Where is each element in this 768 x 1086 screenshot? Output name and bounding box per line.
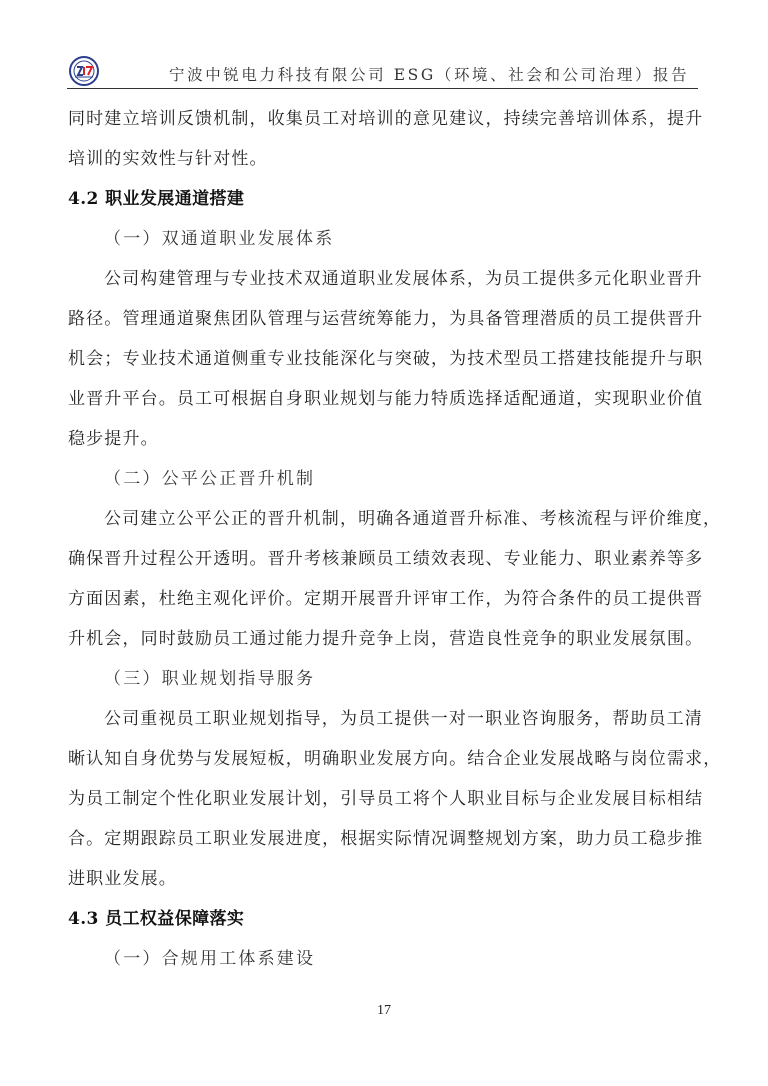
section-heading-4-3: 4.3 员工权益保障落实 bbox=[68, 899, 698, 939]
subsection-title: （一）双通道职业发展体系 bbox=[68, 219, 698, 259]
paragraph-line: 合。定期跟踪员工职业发展进度，根据实际情况调整规划方案，助力员工稳步推 bbox=[68, 819, 698, 859]
paragraph-line: 确保晋升过程公开透明。晋升考核兼顾员工绩效表现、专业能力、职业素养等多 bbox=[68, 539, 698, 579]
paragraph-line: 晰认知自身优势与发展短板，明确职业发展方向。结合企业发展战略与岗位需求， bbox=[68, 739, 698, 779]
paragraph-line: 公司建立公平公正的晋升机制，明确各通道晋升标准、考核流程与评价维度， bbox=[68, 499, 698, 539]
subsection-title: （三）职业规划指导服务 bbox=[68, 659, 698, 699]
paragraph-line: 稳步提升。 bbox=[68, 419, 698, 459]
paragraph-line: 公司构建管理与专业技术双通道职业发展体系，为员工提供多元化职业晋升 bbox=[68, 259, 698, 299]
paragraph-line: 方面因素，杜绝主观化评价。定期开展晋升评审工作，为符合条件的员工提供晋 bbox=[68, 579, 698, 619]
paragraph-line: 同时建立培训反馈机制，收集员工对培训的意见建议，持续完善培训体系，提升 bbox=[68, 99, 698, 139]
paragraph-line: 进职业发展。 bbox=[68, 859, 698, 899]
page-header: 宁波中锐电力科技有限公司 ESG（环境、社会和公司治理）报告 bbox=[67, 56, 698, 88]
paragraph-line: 培训的实效性与针对性。 bbox=[68, 139, 698, 179]
company-logo-icon bbox=[69, 56, 99, 86]
header-divider bbox=[67, 88, 698, 89]
section-heading-4-2: 4.2 职业发展通道搭建 bbox=[68, 179, 698, 219]
paragraph-line: 路径。管理通道聚焦团队管理与运营统筹能力，为具备管理潜质的员工提供晋升 bbox=[68, 299, 698, 339]
page-number: 17 bbox=[0, 1003, 768, 1019]
document-body: 同时建立培训反馈机制，收集员工对培训的意见建议，持续完善培训体系，提升 培训的实… bbox=[68, 99, 698, 979]
paragraph-line: 业晋升平台。员工可根据自身职业规划与能力特质选择适配通道，实现职业价值 bbox=[68, 379, 698, 419]
paragraph-line: 为员工制定个性化职业发展计划，引导员工将个人职业目标与企业发展目标相结 bbox=[68, 779, 698, 819]
subsection-title: （二）公平公正晋升机制 bbox=[68, 459, 698, 499]
paragraph-line: 公司重视员工职业规划指导，为员工提供一对一职业咨询服务，帮助员工清 bbox=[68, 699, 698, 739]
document-page: 宁波中锐电力科技有限公司 ESG（环境、社会和公司治理）报告 同时建立培训反馈机… bbox=[0, 0, 768, 1086]
paragraph-line: 机会；专业技术通道侧重专业技能深化与突破，为技术型员工搭建技能提升与职 bbox=[68, 339, 698, 379]
report-title: 宁波中锐电力科技有限公司 ESG（环境、社会和公司治理）报告 bbox=[169, 63, 689, 85]
subsection-title: （一）合规用工体系建设 bbox=[68, 939, 698, 979]
paragraph-line: 升机会，同时鼓励员工通过能力提升竞争上岗，营造良性竞争的职业发展氛围。 bbox=[68, 619, 698, 659]
